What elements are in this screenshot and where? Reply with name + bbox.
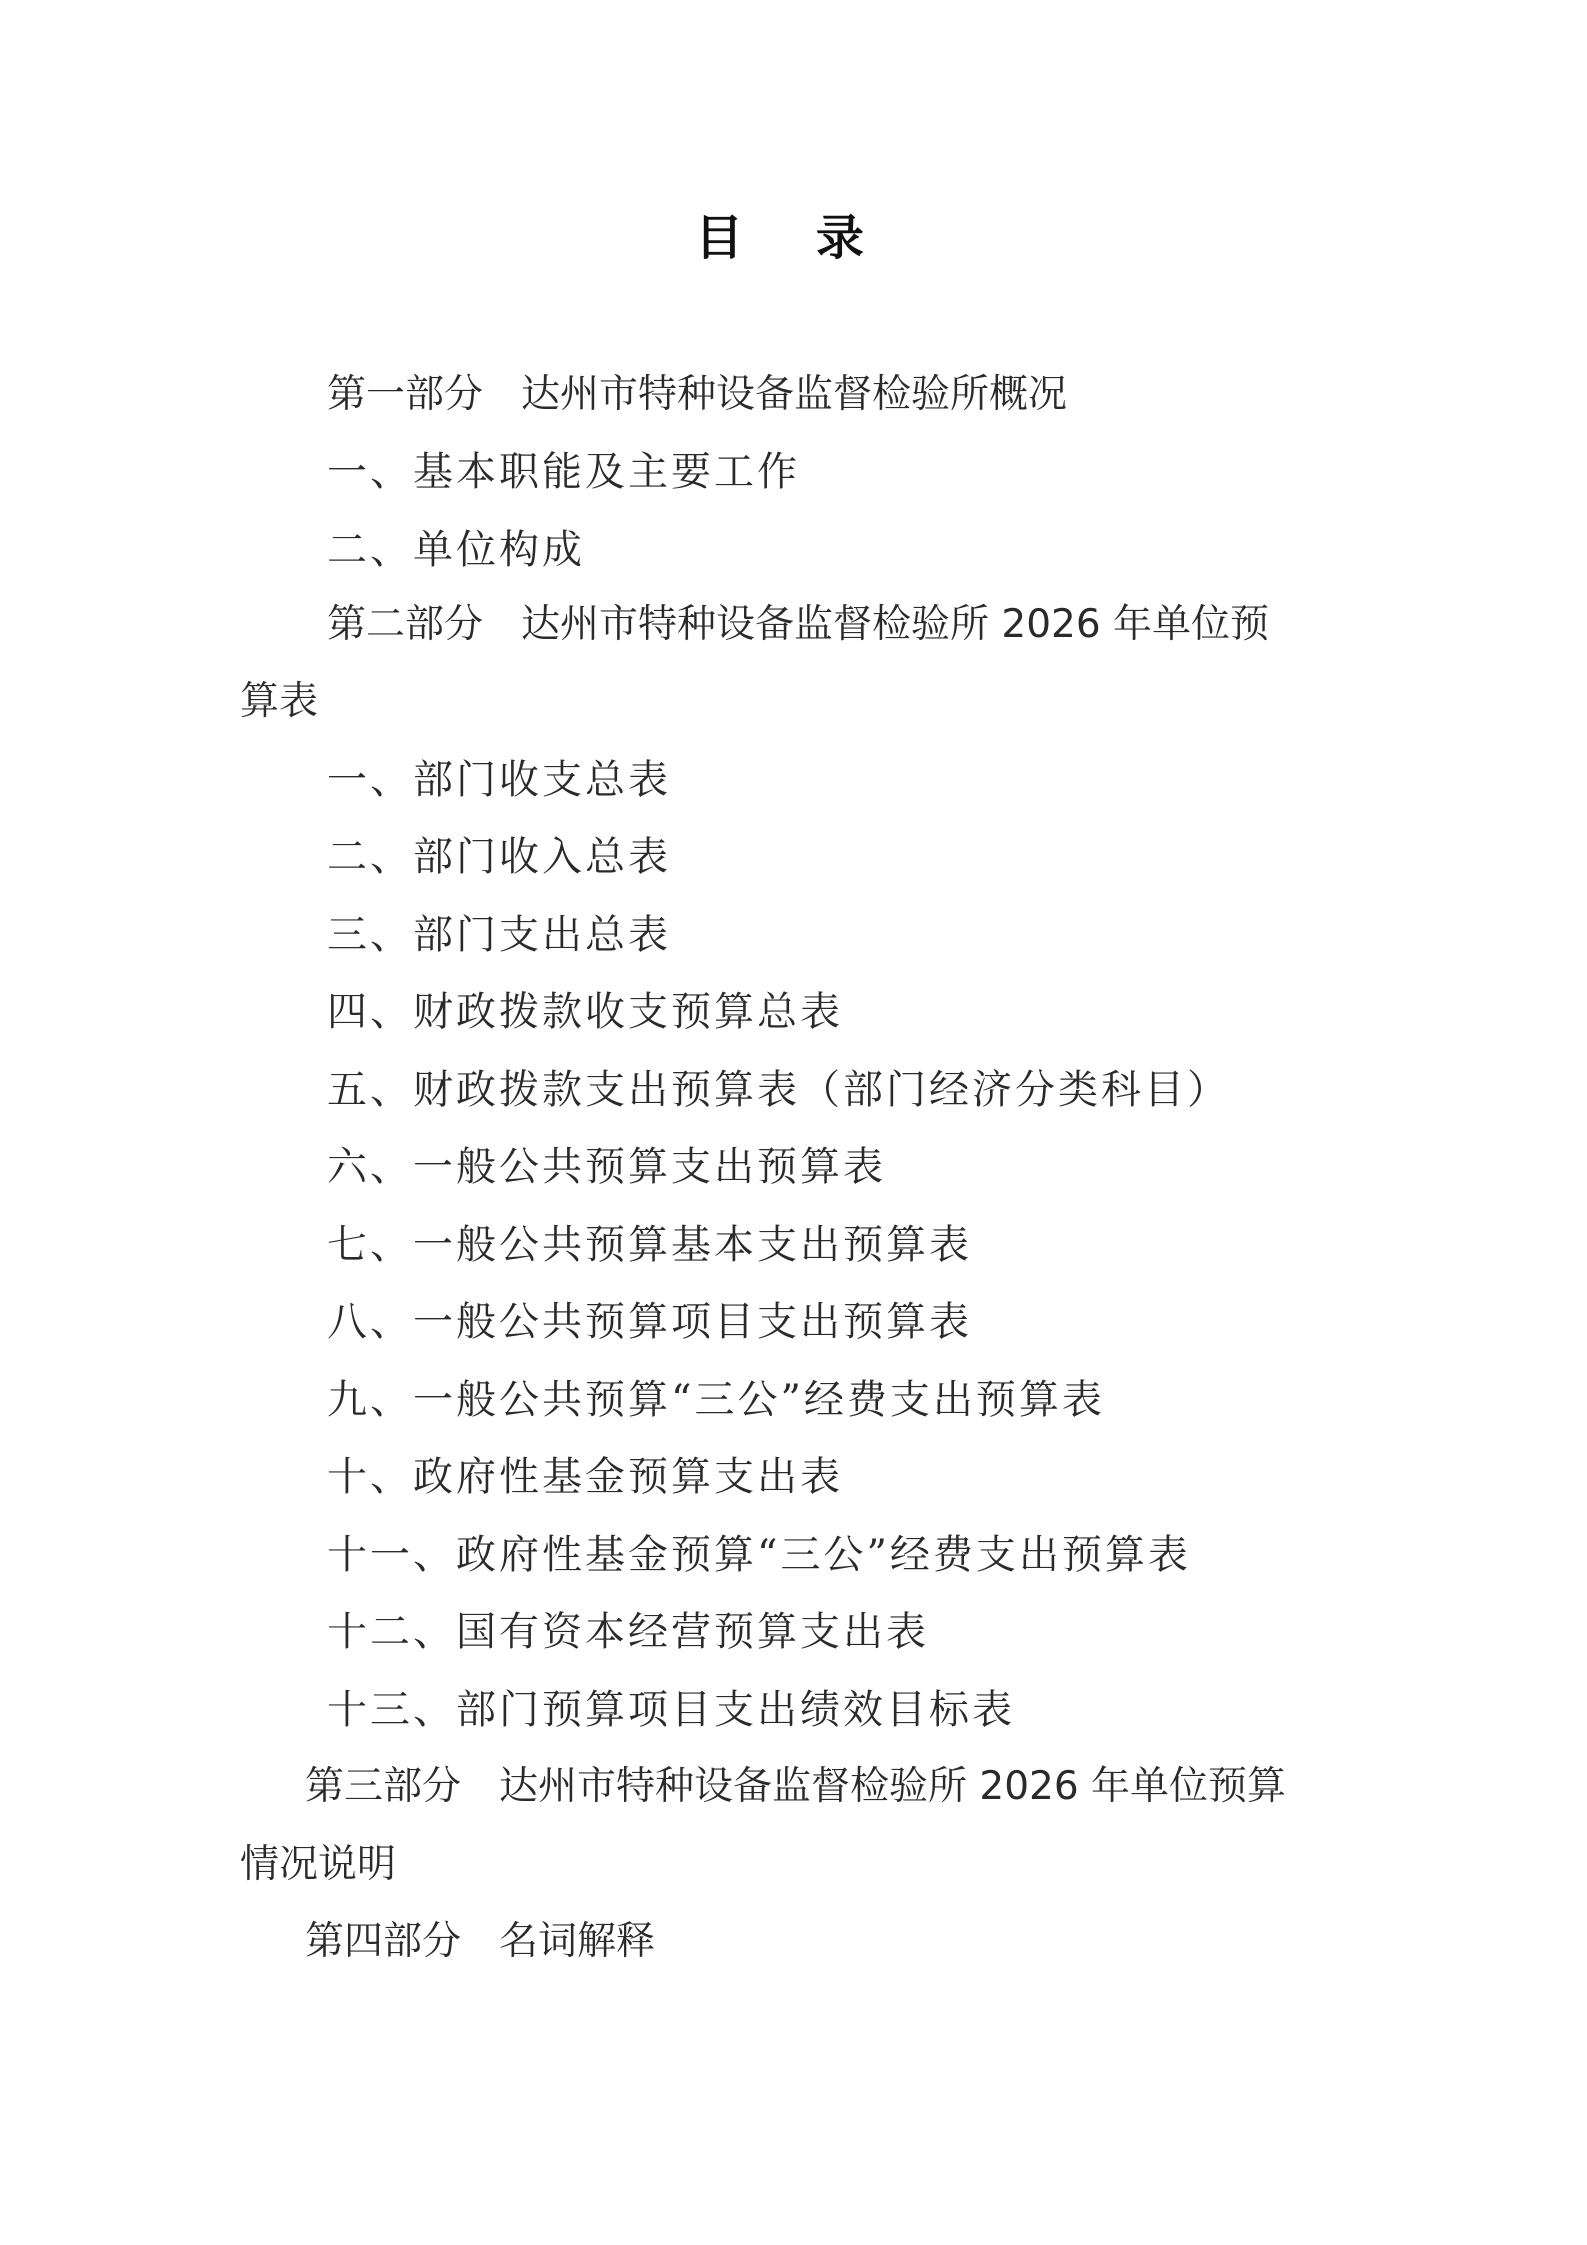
toc-part3-heading[interactable]: 第三部分达州市特种设备监督检验所 2026 年单位预算 [305,1761,1286,1813]
page-title: 目 录 [0,208,1587,268]
part-title: 达州市特种设备监督检验所 2026 年单位预 [521,602,1269,647]
toc-item[interactable]: 七、一般公共预算基本支出预算表 [327,1219,972,1271]
part-label: 第一部分 [327,372,483,417]
toc-part1-heading[interactable]: 第一部分达州市特种设备监督检验所概况 [327,369,1067,421]
toc-item[interactable]: 一、基本职能及主要工作 [327,446,800,498]
toc-item[interactable]: 六、一般公共预算支出预算表 [327,1141,886,1193]
part-label: 第四部分 [305,1919,461,1964]
toc-part3-heading-wrap[interactable]: 情况说明 [240,1839,396,1891]
toc-part2-heading[interactable]: 第二部分达州市特种设备监督检验所 2026 年单位预 [327,599,1269,651]
toc-part4-heading[interactable]: 第四部分名词解释 [305,1916,655,1968]
toc-item[interactable]: 十、政府性基金预算支出表 [327,1451,843,1503]
toc-item[interactable]: 二、单位构成 [327,524,585,576]
toc-item[interactable]: 十一、政府性基金预算“三公”经费支出预算表 [327,1529,1191,1581]
part-title: 达州市特种设备监督检验所概况 [521,372,1067,417]
toc-item[interactable]: 二、部门收入总表 [327,831,671,883]
toc-item[interactable]: 五、财政拨款支出预算表（部门经济分类科目） [327,1064,1230,1116]
toc-item[interactable]: 九、一般公共预算“三公”经费支出预算表 [327,1374,1105,1426]
toc-part2-heading-wrap[interactable]: 算表 [240,676,318,728]
toc-item[interactable]: 十二、国有资本经营预算支出表 [327,1606,929,1658]
toc-item[interactable]: 一、部门收支总表 [327,754,671,806]
part-title: 名词解释 [499,1919,655,1964]
toc-item[interactable]: 十三、部门预算项目支出绩效目标表 [327,1684,1015,1736]
toc-item[interactable]: 八、一般公共预算项目支出预算表 [327,1296,972,1348]
part-label: 第二部分 [327,602,483,647]
part-label: 第三部分 [305,1764,461,1809]
toc-item[interactable]: 三、部门支出总表 [327,909,671,961]
toc-item[interactable]: 四、财政拨款收支预算总表 [327,986,843,1038]
part-title: 达州市特种设备监督检验所 2026 年单位预算 [499,1764,1286,1809]
